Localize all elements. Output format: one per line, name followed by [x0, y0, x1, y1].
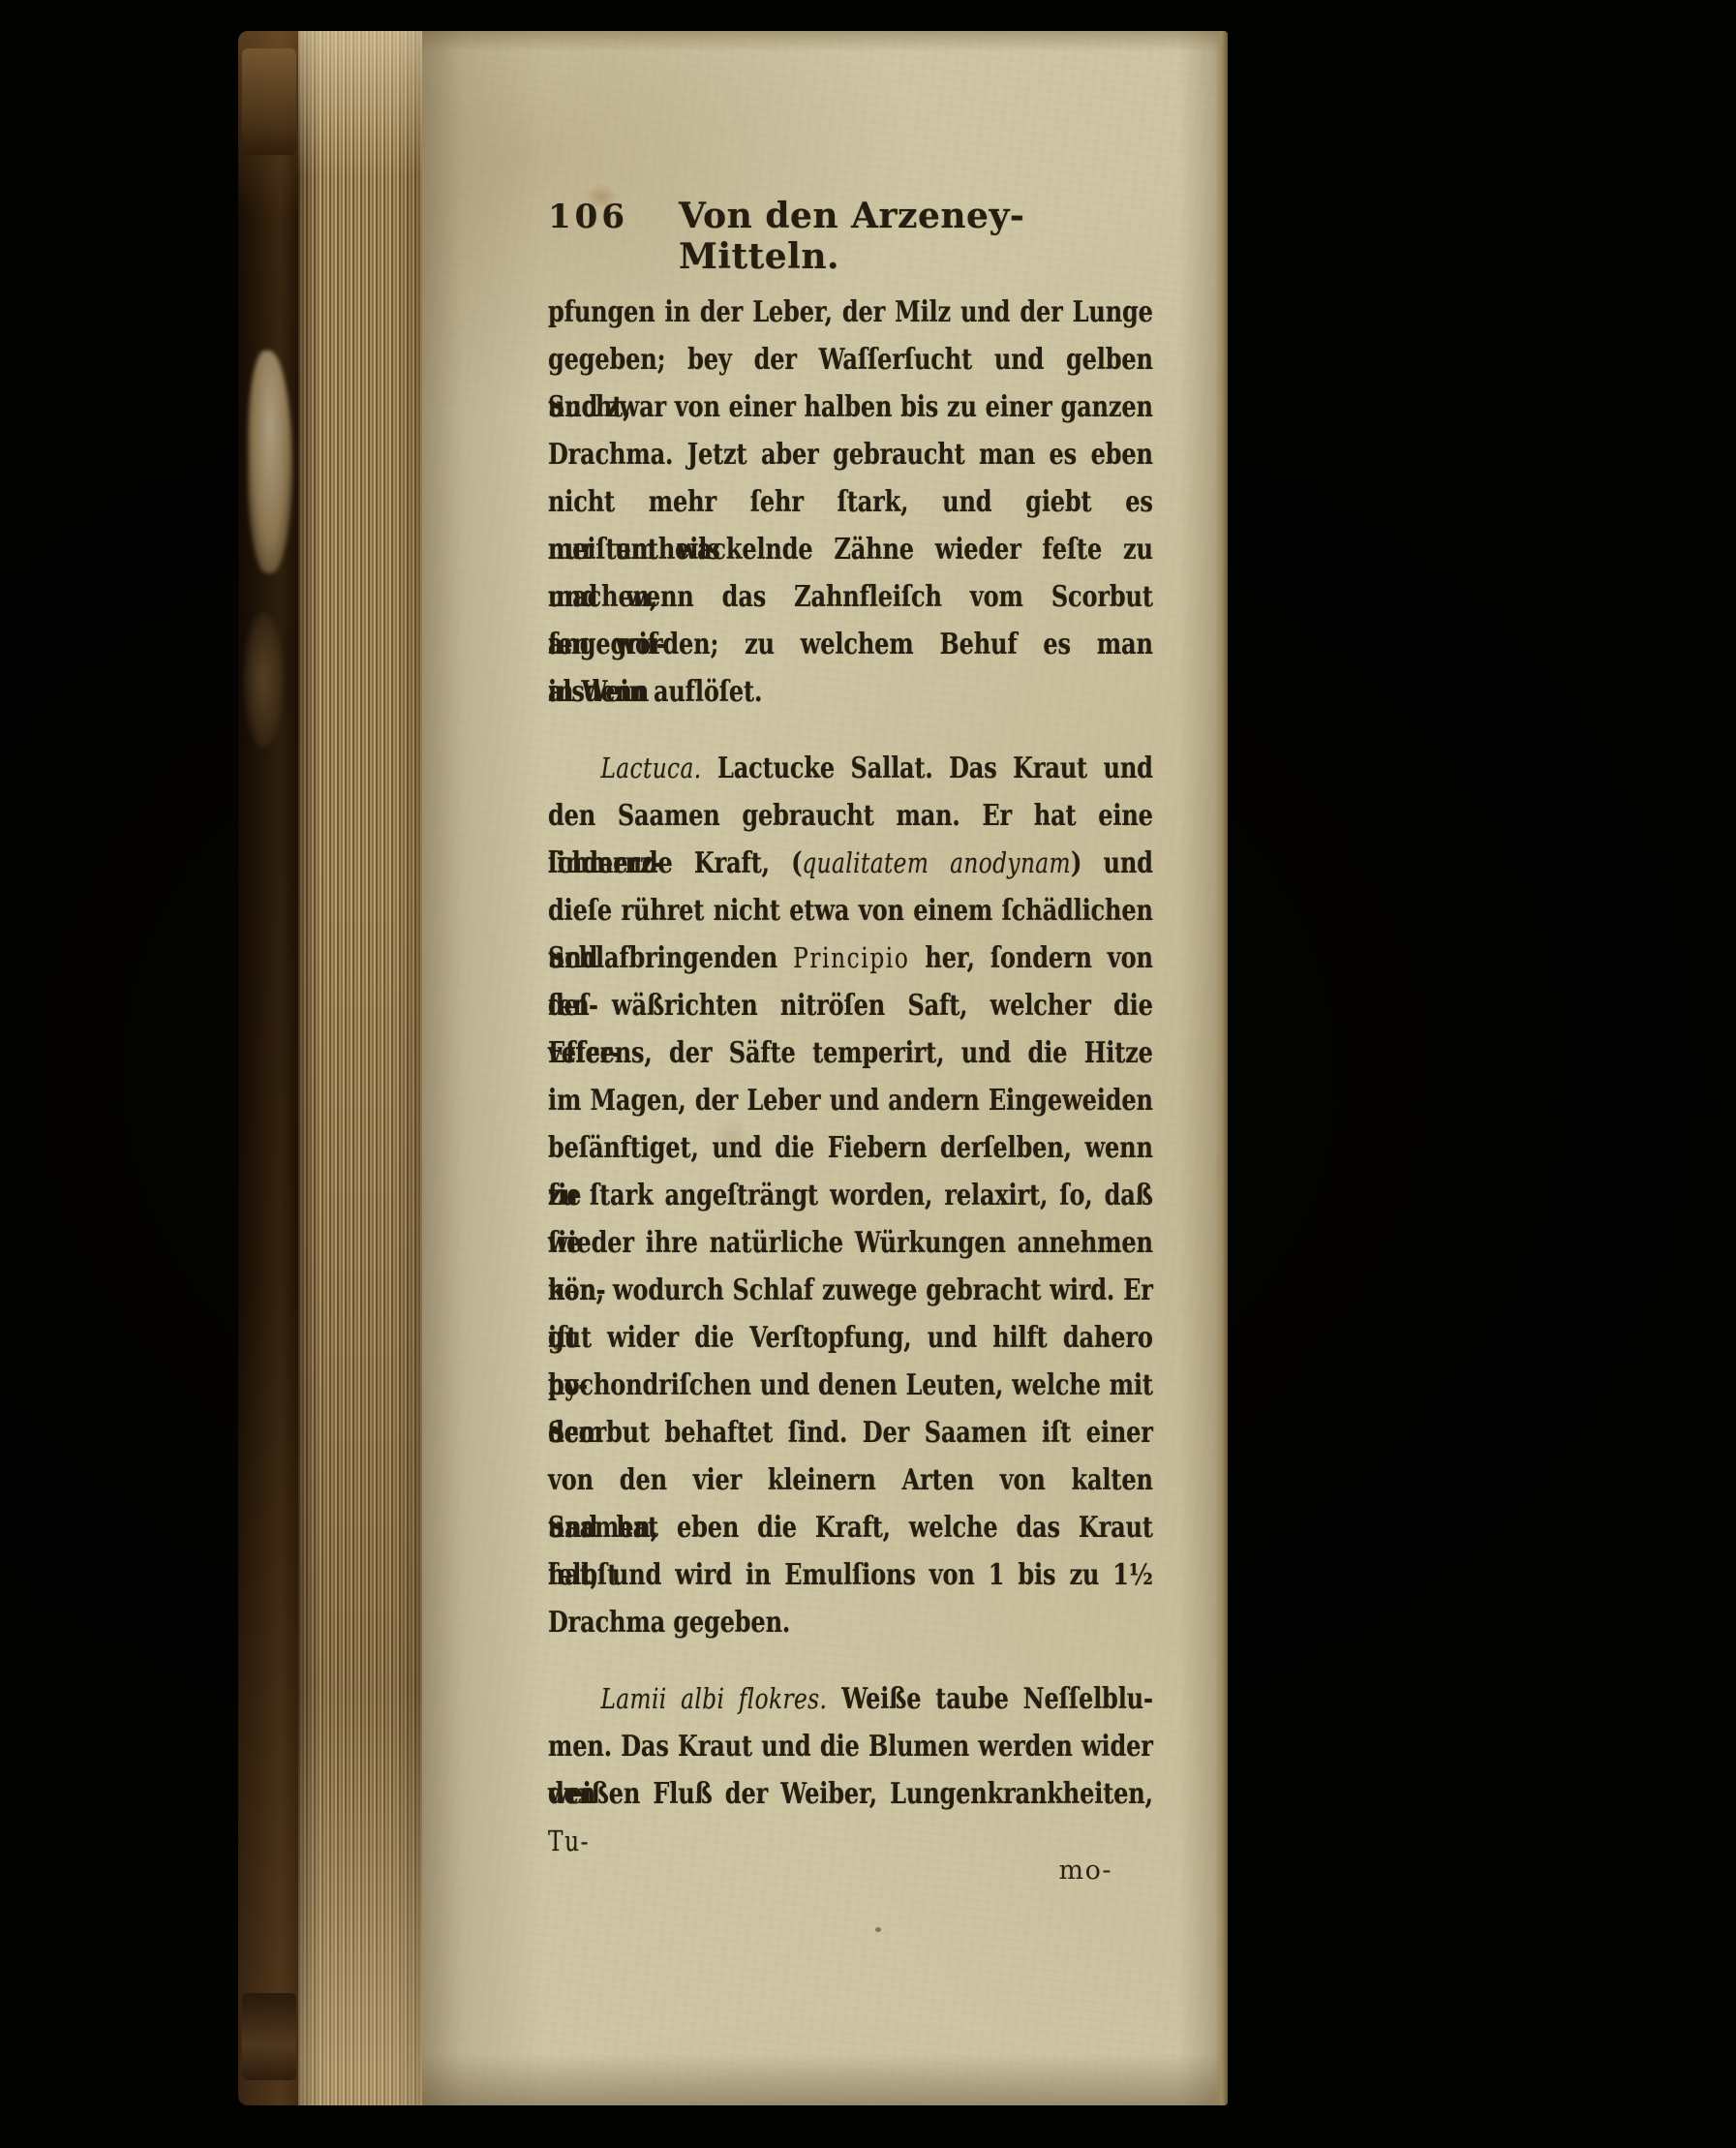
- book-page: 106 Von den Arzeney-Mitteln. pfungen in …: [422, 31, 1228, 2105]
- running-title: Von den Arzeney-Mitteln.: [679, 196, 1153, 277]
- text-line: gut wider die Verſtopfung, und hilft dah…: [548, 1314, 1153, 1362]
- catchword: mo-: [548, 1847, 1153, 1894]
- text-line: nur um wackelnde Zähne wieder feſte zu m…: [548, 526, 1153, 573]
- text-line: und zwar von einer halben bis zu einer g…: [548, 384, 1153, 431]
- text-line: gegeben; bey der Waſſerſucht und gelben …: [548, 336, 1153, 384]
- text-line: beſänftiget, und die Fiebern derſelben, …: [548, 1124, 1153, 1172]
- book-spine: [238, 31, 298, 2105]
- text-line: von den vier kleinern Arten von kalten S…: [548, 1457, 1153, 1504]
- text-line: Drachma gegeben.: [548, 1599, 1153, 1646]
- paper-speck: [875, 1927, 881, 1932]
- paragraph-continuation: pfungen in der Leber, der Milz und der L…: [548, 289, 1153, 716]
- text-line: und wenn das Zahnfleiſch vom Scorbut ang…: [548, 573, 1153, 621]
- text-line: Lactuca. Lactucke Sallat. Das Kraut und: [548, 745, 1153, 792]
- text-line: hat, und wird in Emulſions von 1 bis zu …: [548, 1551, 1153, 1599]
- text-line: fen worden; zu welchem Behuf es man alsd…: [548, 621, 1153, 668]
- text-line: zu ſtark angeſträngt worden, relaxirt, ſ…: [548, 1172, 1153, 1219]
- text-line: lindernde Kraft, (qualitatem anodynam) u…: [548, 840, 1153, 887]
- text-line: weißen Fluß der Weiber, Lungenkrankheite…: [548, 1770, 1153, 1818]
- text-line: men. Das Kraut und die Blumen werden wid…: [548, 1723, 1153, 1770]
- text-line: den Saamen gebraucht man. Er hat eine ſc…: [548, 792, 1153, 840]
- paragraph-lactuca: Lactuca. Lactucke Sallat. Das Kraut undd…: [548, 745, 1153, 1646]
- text-line: Drachma. Jetzt aber gebraucht man es ebe…: [548, 431, 1153, 478]
- spine-stain: [244, 612, 283, 748]
- text-line: wieder ihre natürliche Würkungen annehme…: [548, 1219, 1153, 1267]
- page-header: 106 Von den Arzeney-Mitteln.: [548, 196, 1153, 244]
- text-line: dieſe rühret nicht etwa von einem ſchädl…: [548, 887, 1153, 935]
- text-line: Scorbut behaftet ſind. Der Saamen iſt ei…: [548, 1409, 1153, 1457]
- text-line: und hat eben die Kraft, welche das Kraut…: [548, 1504, 1153, 1551]
- spine-bottom-band: [242, 1993, 296, 2080]
- text-line: Lamii albi flokres. Weiße taube Neſſelbl…: [548, 1675, 1153, 1723]
- page-edge-stack: [298, 31, 422, 2105]
- scan-background: 106 Von den Arzeney-Mitteln. pfungen in …: [0, 0, 1736, 2148]
- spine-worn-patch: [248, 351, 292, 573]
- book: 106 Von den Arzeney-Mitteln. pfungen in …: [238, 31, 1228, 2105]
- text-line: nen, wodurch Schlaf zuwege gebracht wird…: [548, 1267, 1153, 1314]
- page-number: 106: [548, 198, 628, 236]
- paragraph-lamii: Lamii albi flokres. Weiße taube Neſſelbl…: [548, 1675, 1153, 1818]
- spine-top-band: [242, 48, 296, 155]
- text-line: im Magen, der Leber und andern Eingeweid…: [548, 1077, 1153, 1124]
- text-line: pfungen in der Leber, der Milz und der L…: [548, 289, 1153, 336]
- text-line: veſcens, der Säfte temperirt, und die Hi…: [548, 1029, 1153, 1077]
- text-line: nicht mehr ſehr ſtark, und giebt es meiſ…: [548, 478, 1153, 526]
- text-block: pfungen in der Leber, der Milz und der L…: [548, 289, 1228, 1894]
- text-line: Schlafbringenden Principio her, ſondern …: [548, 935, 1153, 982]
- text-line: ſen wäßrichten nitröſen Saft, welcher di…: [548, 982, 1153, 1029]
- text-line: in Wein auflöſet.: [548, 668, 1153, 716]
- text-line: pochondriſchen und denen Leuten, welche …: [548, 1362, 1153, 1409]
